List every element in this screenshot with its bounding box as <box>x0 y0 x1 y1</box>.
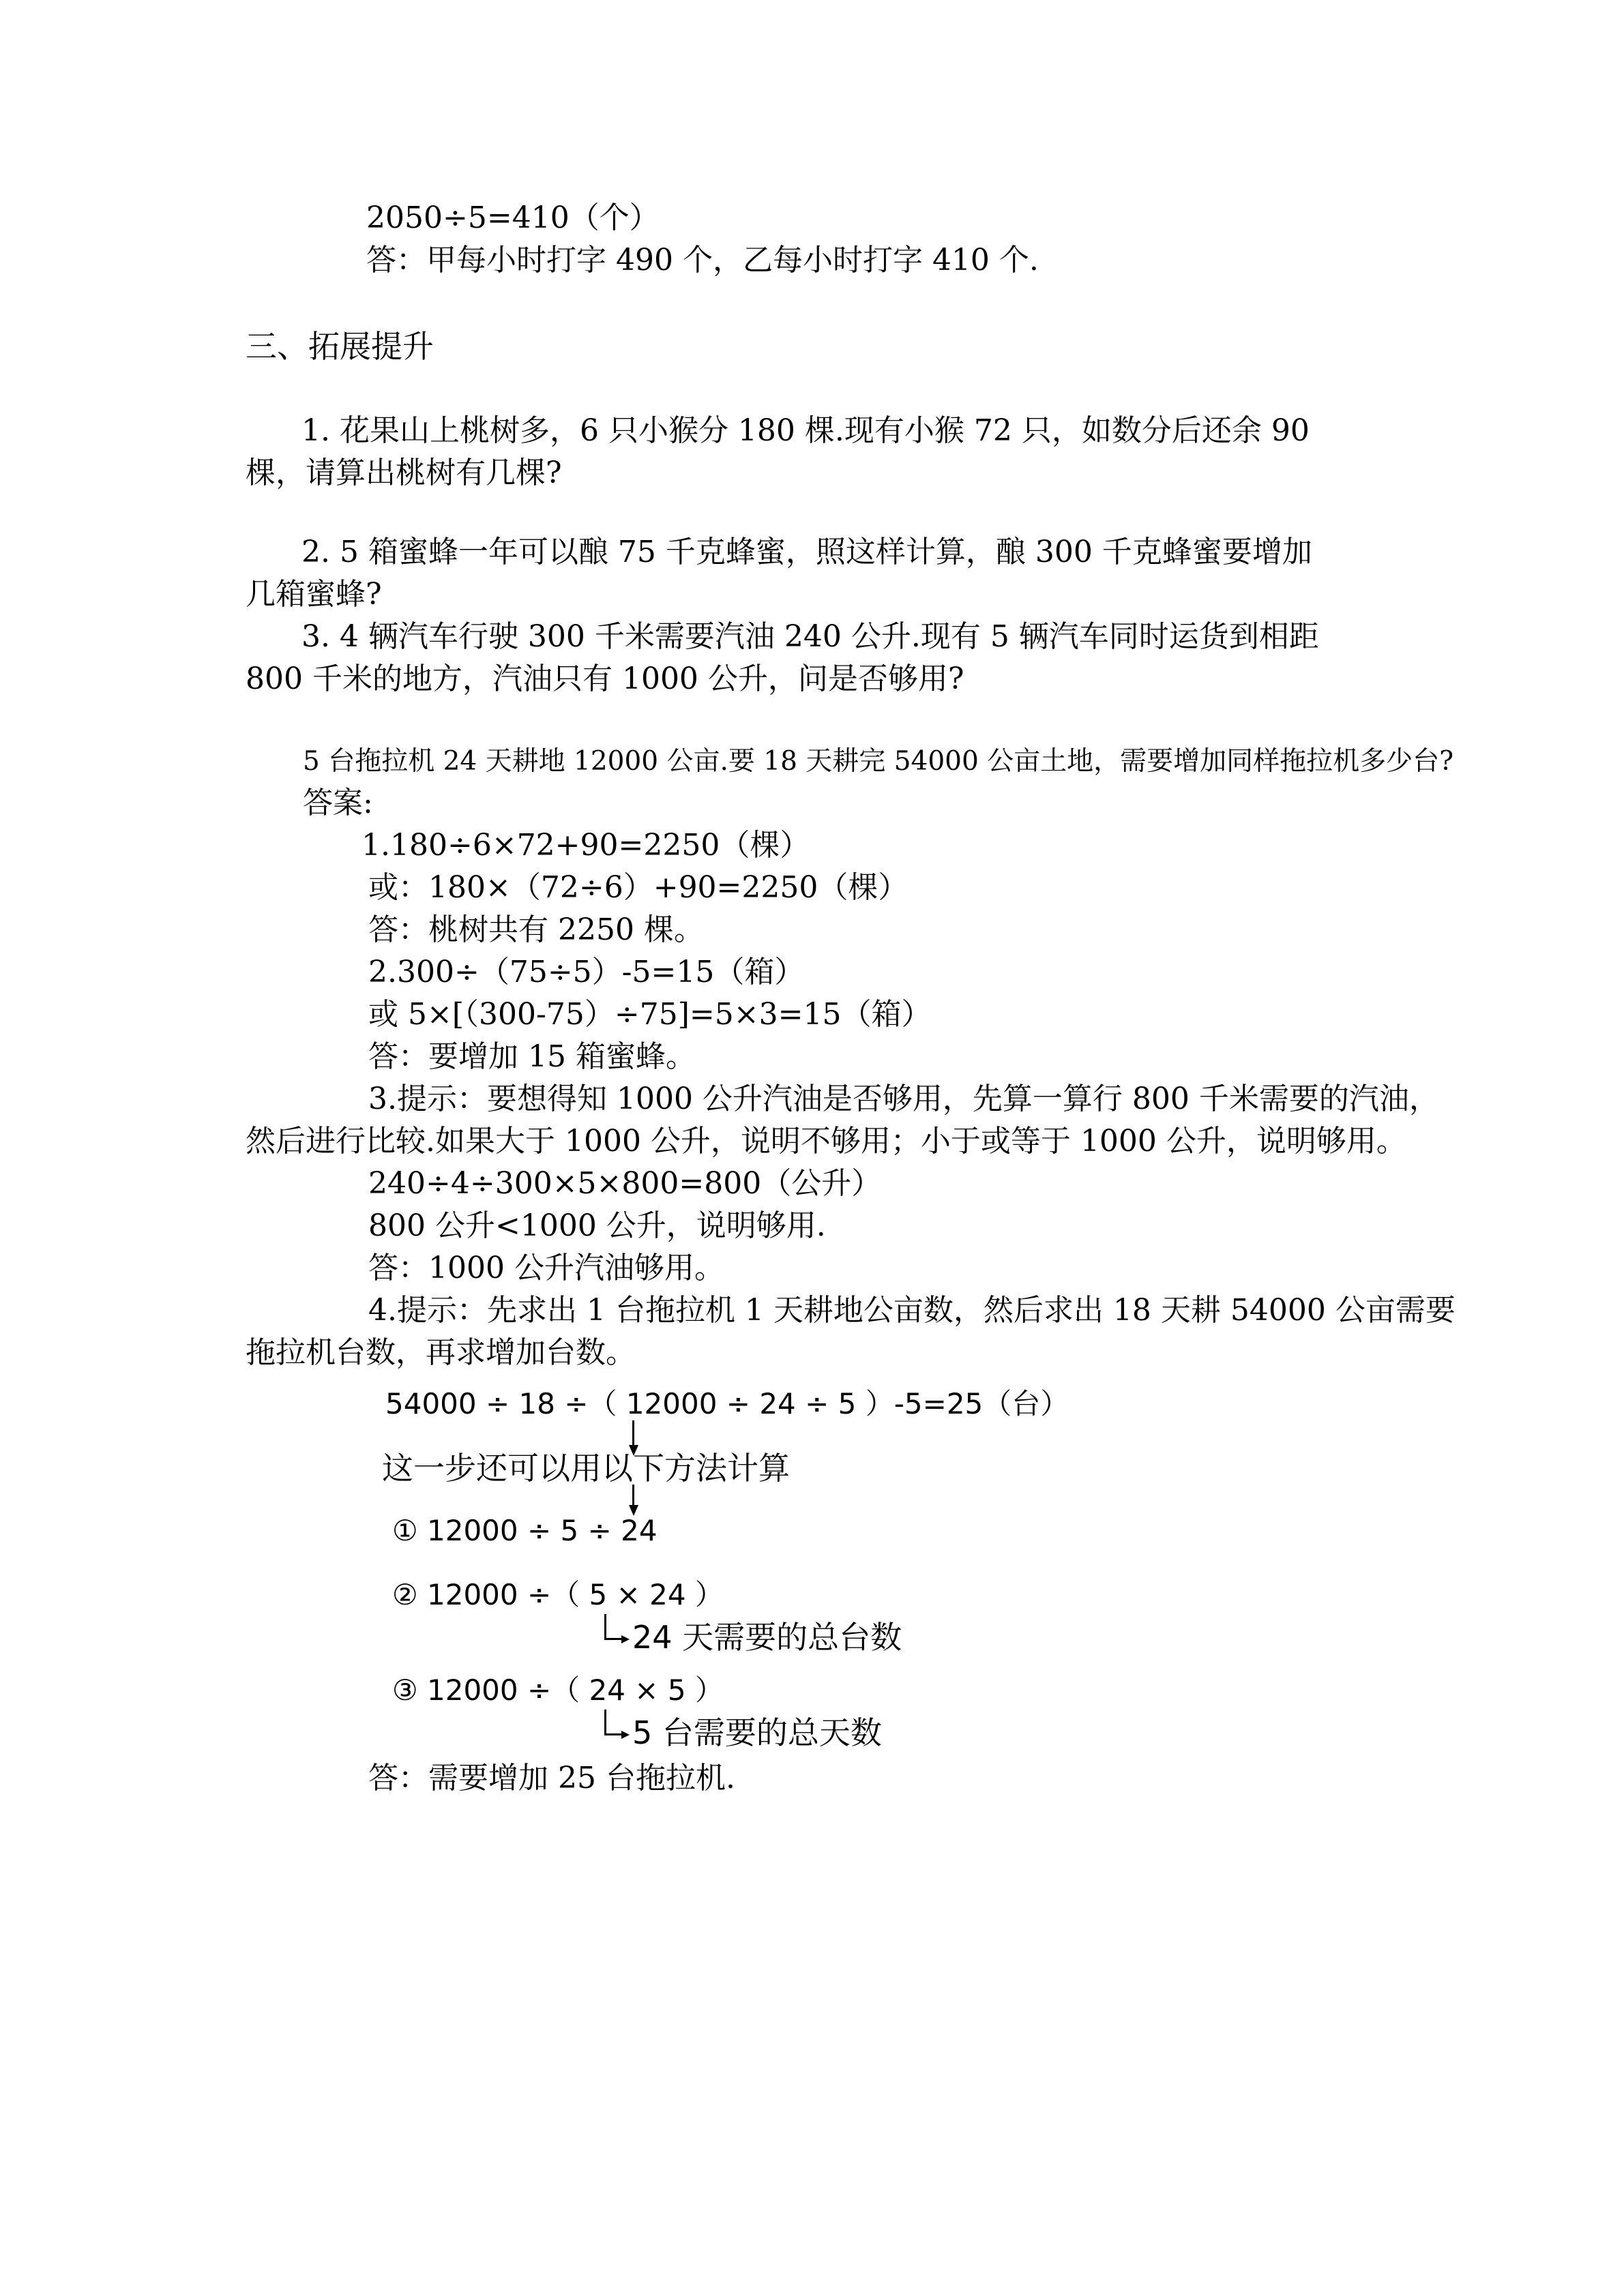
problem-2-line-1: 2. 5 箱蜜蜂一年可以酿 75 千克蜂蜜，照这样计算，酿 300 千克蜂蜜要增… <box>301 532 1312 573</box>
problem-1-line-1: 1. 花果山上桃树多，6 只小猴分 180 棵.现有小猴 72 只，如数分后还余… <box>301 411 1310 451</box>
bracket-line-vertical <box>604 1710 606 1735</box>
answer-3-compare: 800 公升<1000 公升，说明够用. <box>368 1206 826 1247</box>
bracket-line-vertical <box>604 1614 606 1640</box>
answer-3-answer: 答：1000 公升汽油够用。 <box>368 1248 724 1289</box>
diagram-method-2: ② 12000 ÷（ 5 × 24 ） <box>392 1576 724 1614</box>
answer-4-hint-line-1: 4.提示：先求出 1 台拖拉机 1 天耕地公亩数，然后求出 18 天耕 5400… <box>368 1290 1456 1331</box>
problem-4-line-1: 5 台拖拉机 24 天耕地 12000 公亩.要 18 天耕完 54000 公亩… <box>303 741 1453 782</box>
answer-3-hint-line-2: 然后进行比较.如果大于 1000 公升，说明不够用；小于或等于 1000 公升，… <box>246 1121 1406 1162</box>
previous-answer: 答：甲每小时打字 490 个，乙每小时打字 410 个. <box>366 240 1039 281</box>
bracket-line-horizontal <box>604 1733 623 1735</box>
problem-3-line-1: 3. 4 辆汽车行驶 300 千米需要汽油 240 公升.现有 5 辆汽车同时运… <box>301 616 1319 657</box>
diagram-note: 这一步还可以用以下方法计算 <box>382 1449 790 1487</box>
problem-1-line-2: 棵，请算出桃树有几棵? <box>246 453 562 494</box>
diagram-method-3-explanation: 5 台需要的总天数 <box>632 1714 882 1752</box>
diagram-method-2-explanation: 24 天需要的总台数 <box>632 1618 902 1656</box>
answer-3-calc: 240÷4÷300×5×800=800（公升） <box>368 1163 881 1204</box>
problem-2-line-2: 几箱蜜蜂? <box>246 574 382 615</box>
arrow-right-icon <box>621 1635 630 1643</box>
diagram-main-formula: 54000 ÷ 18 ÷（ 12000 ÷ 24 ÷ 5 ）-5=25（台） <box>385 1385 1069 1423</box>
answer-2-answer: 答：要增加 15 箱蜜蜂。 <box>368 1037 696 1077</box>
diagram-method-1: ① 12000 ÷ 5 ÷ 24 <box>392 1512 658 1550</box>
calculation-diagram: 54000 ÷ 18 ÷（ 12000 ÷ 24 ÷ 5 ）-5=25（台） 这… <box>379 1374 992 1756</box>
problem-3-line-2: 800 千米的地方，汽油只有 1000 公升，问是否够用? <box>246 659 964 700</box>
answer-1-calc-2: 或：180×（72÷6）+90=2250（棵） <box>368 867 908 908</box>
bracket-line-horizontal <box>604 1638 623 1640</box>
answer-4-hint-line-2: 拖拉机台数，再求增加台数。 <box>246 1332 636 1373</box>
diagram-method-3: ③ 12000 ÷（ 24 × 5 ） <box>392 1671 724 1710</box>
answer-1-calc-1: 1.180÷6×72+90=2250（棵） <box>361 825 810 866</box>
section-title: 三、拓展提升 <box>246 326 434 367</box>
answer-2-calc-2: 或 5×[（300-75）÷75]=5×3=15（箱） <box>368 994 931 1035</box>
arrow-right-icon <box>621 1731 630 1739</box>
answers-label: 答案: <box>303 783 373 824</box>
answer-2-calc-1: 2.300÷（75÷5）-5=15（箱） <box>368 952 804 993</box>
answer-4-answer: 答：需要增加 25 台拖拉机. <box>368 1758 735 1799</box>
answer-3-hint-line-1: 3.提示：要想得知 1000 公升汽油是否够用，先算一算行 800 千米需要的汽… <box>368 1079 1439 1120</box>
answer-1-answer: 答：桃树共有 2250 棵。 <box>368 910 704 951</box>
previous-calc: 2050÷5=410（个） <box>366 198 660 239</box>
